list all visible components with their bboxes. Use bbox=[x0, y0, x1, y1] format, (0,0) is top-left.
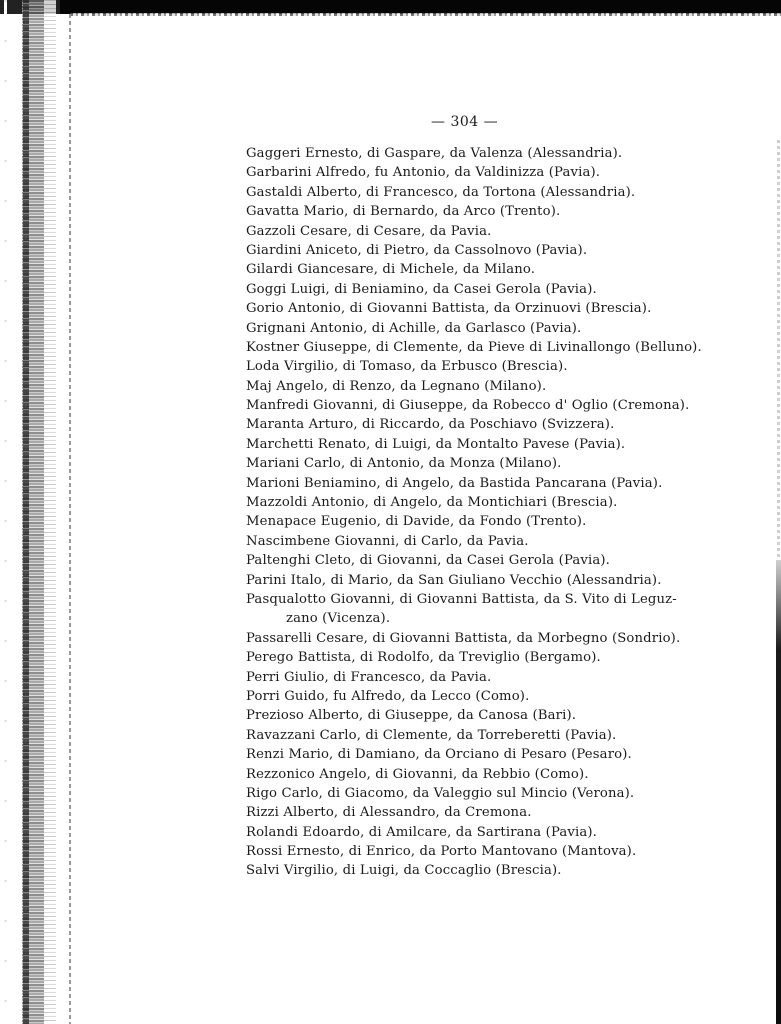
list-item: Maranta Arturo, di Riccardo, da Poschiav… bbox=[246, 415, 716, 434]
list-item: Menapace Eugenio, di Davide, da Fondo (T… bbox=[246, 512, 716, 531]
list-item: Mazzoldi Antonio, di Angelo, da Montichi… bbox=[246, 493, 716, 512]
book-spine-edge bbox=[44, 0, 56, 1024]
list-item: Garbarini Alfredo, fu Antonio, da Valdin… bbox=[246, 163, 716, 182]
list-item: Salvi Virgilio, di Luigi, da Coccaglio (… bbox=[246, 861, 716, 880]
scan-top-edge bbox=[70, 13, 781, 16]
book-spine-shadow bbox=[23, 0, 29, 1024]
list-item: Goggi Luigi, di Beniamino, da Casei Gero… bbox=[246, 280, 716, 299]
list-item: Prezioso Alberto, di Giuseppe, da Canosa… bbox=[246, 706, 716, 725]
list-item: Grignani Antonio, di Achille, da Garlasc… bbox=[246, 319, 716, 338]
list-item: Porri Guido, fu Alfredo, da Lecco (Como)… bbox=[246, 687, 716, 706]
list-item: Perri Giulio, di Francesco, da Pavia. bbox=[246, 668, 716, 687]
list-item: Mariani Carlo, di Antonio, da Monza (Mil… bbox=[246, 454, 716, 473]
list-item: Marchetti Renato, di Luigi, da Montalto … bbox=[246, 435, 716, 454]
list-item: Rossi Ernesto, di Enrico, da Porto Manto… bbox=[246, 842, 716, 861]
list-item: Gaggeri Ernesto, di Gaspare, da Valenza … bbox=[246, 144, 716, 163]
list-item: Rigo Carlo, di Giacomo, da Valeggio sul … bbox=[246, 784, 716, 803]
list-item: Marioni Beniamino, di Angelo, da Bastida… bbox=[246, 474, 716, 493]
list-item: Ravazzani Carlo, di Clemente, da Torrebe… bbox=[246, 726, 716, 745]
list-item: Giardini Aniceto, di Pietro, da Cassolno… bbox=[246, 241, 716, 260]
list-item: Nascimbene Giovanni, di Carlo, da Pavia. bbox=[246, 532, 716, 551]
list-item: Gavatta Mario, di Bernardo, da Arco (Tre… bbox=[246, 202, 716, 221]
list-item: Perego Battista, di Rodolfo, da Trevigli… bbox=[246, 648, 716, 667]
list-item-continuation: zano (Vicenza). bbox=[246, 609, 716, 628]
list-item: Loda Virgilio, di Tomaso, da Erbusco (Br… bbox=[246, 357, 716, 376]
list-item: Gazzoli Cesare, di Cesare, da Pavia. bbox=[246, 222, 716, 241]
list-item: Gilardi Giancesare, di Michele, da Milan… bbox=[246, 260, 716, 279]
list-item: Maj Angelo, di Renzo, da Legnano (Milano… bbox=[246, 377, 716, 396]
list-item: Rezzonico Angelo, di Giovanni, da Rebbio… bbox=[246, 765, 716, 784]
list-item: Renzi Mario, di Damiano, da Orciano di P… bbox=[246, 745, 716, 764]
list-item: Passarelli Cesare, di Giovanni Battista,… bbox=[246, 629, 716, 648]
scan-left-margin-noise bbox=[4, 0, 7, 1024]
name-list: Gaggeri Ernesto, di Gaspare, da Valenza … bbox=[246, 144, 716, 881]
list-item: Paltenghi Cleto, di Giovanni, da Casei G… bbox=[246, 551, 716, 570]
page-right-edge-faint bbox=[777, 140, 780, 560]
scan-top-border bbox=[60, 0, 781, 14]
list-item: Manfredi Giovanni, di Giuseppe, da Robec… bbox=[246, 396, 716, 415]
page-number: — 304 — bbox=[431, 114, 498, 130]
list-item: Rizzi Alberto, di Alessandro, da Cremona… bbox=[246, 803, 716, 822]
list-item-wrapped: Pasqualotto Giovanni, di Giovanni Battis… bbox=[246, 590, 716, 629]
list-item: Rolandi Edoardo, di Amilcare, da Sartira… bbox=[246, 823, 716, 842]
list-item: Gastaldi Alberto, di Francesco, da Torto… bbox=[246, 183, 716, 202]
page-right-edge-shadow bbox=[776, 560, 781, 1024]
page-left-edge bbox=[69, 14, 71, 1024]
list-item: Gorio Antonio, di Giovanni Battista, da … bbox=[246, 299, 716, 318]
list-item-line: Pasqualotto Giovanni, di Giovanni Battis… bbox=[246, 592, 677, 607]
list-item: Parini Italo, di Mario, da San Giuliano … bbox=[246, 571, 716, 590]
list-item: Kostner Giuseppe, di Clemente, da Pieve … bbox=[246, 338, 716, 357]
